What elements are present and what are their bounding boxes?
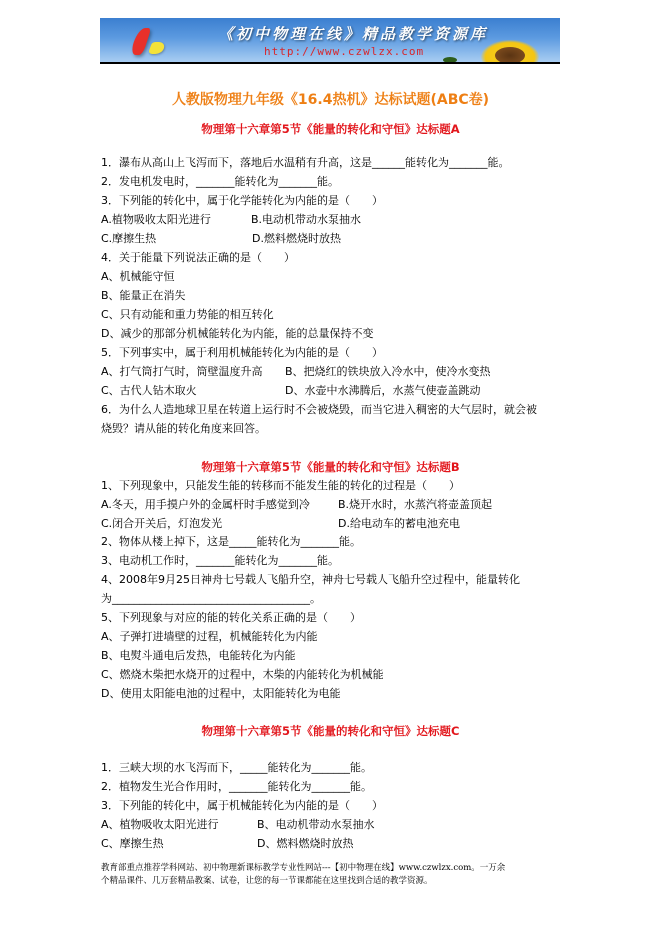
question-a6: 6．为什么人造地球卫星在转道上运行时不会被烧毁，而当它进入稠密的大气层时，就会被	[101, 403, 537, 417]
logo-yellow-shape-icon	[148, 42, 166, 54]
footer-line-2: 个精品课件、几万套精品教案、试卷，让您的每一节课都能在这里找到合适的教学资源。	[101, 875, 561, 888]
question-a4-option-b: B、能量正在消失	[101, 289, 186, 303]
question-a5-option-b: B、把烧红的铁块放入冷水中，使冷水变热	[285, 365, 491, 379]
document-title: 人教版物理九年级《16.4热机》达标试题(ABC卷)	[0, 89, 661, 109]
question-a6-continued: 烧毁？请从能的转化角度来回答。	[101, 422, 266, 436]
question-b1-option-d: D.给电动车的蓄电池充电	[338, 517, 460, 531]
question-a5-option-d: D、水壶中水沸腾后，水蒸气使壶盖跳动	[285, 384, 480, 398]
question-a1: 1．瀑布从高山上飞泻而下，落地后水温稍有升高，这是______能转化为_____…	[101, 156, 510, 170]
question-b4-continued: 为____________________________________。	[101, 592, 321, 606]
question-b1-option-a: A.冬天，用手摸户外的金属杆时手感觉到冷	[101, 498, 310, 512]
question-a3-option-a: A.植物吸收太阳光进行	[101, 213, 211, 227]
question-a4: 4．关于能量下列说法正确的是（ ）	[101, 251, 295, 265]
question-b2: 2、物体从楼上掉下，这是_____能转化为_______能。	[101, 535, 361, 549]
question-a5-option-a: A、打气筒打气时，筒壁温度升高	[101, 365, 263, 379]
question-b5-option-a: A、子弹打进墙壁的过程，机械能转化为内能	[101, 630, 318, 644]
banner-title: 《初中物理在线》精品教学资源库	[218, 23, 488, 44]
question-a3: 3．下列能的转化中，属于化学能转化为内能的是（ ）	[101, 194, 383, 208]
section-b-title: 物理第十六章第5节《能量的转化和守恒》达标题B	[0, 459, 661, 475]
question-c1: 1．三峡大坝的水飞泻而下，_____能转化为_______能。	[101, 761, 372, 775]
footer-note: 教育部重点推荐学科网站、初中物理新课标教学专业性网站---【初中物理在线】www…	[101, 862, 561, 888]
question-c2: 2．植物发生光合作用时，_______能转化为_______能。	[101, 780, 372, 794]
question-c3-option-d: D、燃料燃烧时放热	[257, 837, 353, 851]
question-b1-option-c: C.闭合开关后，灯泡发光	[101, 517, 222, 531]
question-c3-option-c: C、摩擦生热	[101, 837, 164, 851]
site-banner: 《初中物理在线》精品教学资源库 http://www.czwlzx.com	[100, 18, 560, 62]
section-c-title: 物理第十六章第5节《能量的转化和守恒》达标题C	[0, 723, 661, 739]
question-b5-option-d: D、使用太阳能电池的过程中，太阳能转化为电能	[101, 687, 340, 701]
question-a4-option-d: D、减少的那部分机械能转化为内能，能的总量保持不变	[101, 327, 373, 341]
question-b3: 3、电动机工作时，_______能转化为_______能。	[101, 554, 339, 568]
question-a2: 2．发电机发电时，_______能转化为_______能。	[101, 175, 339, 189]
question-b1: 1、下列现象中，只能发生能的转移而不能发生能的转化的过程是（ ）	[101, 479, 460, 493]
question-a5-option-c: C、古代人钻木取火	[101, 384, 197, 398]
question-a5: 5．下列事实中，属于利用机械能转化为内能的是（ ）	[101, 346, 383, 360]
question-c3: 3．下列能的转化中，属于机械能转化为内能的是（ ）	[101, 799, 383, 813]
question-a4-option-c: C、只有动能和重力势能的相互转化	[101, 308, 274, 322]
sunflower-center-icon	[495, 47, 525, 62]
question-a3-option-b: B.电动机带动水泵抽水	[251, 213, 361, 227]
question-b5: 5、下列现象与对应的能的转化关系正确的是（ ）	[101, 611, 361, 625]
question-b5-option-c: C、燃烧木柴把水烧开的过程中，木柴的内能转化为机械能	[101, 668, 384, 682]
question-b5-option-b: B、电熨斗通电后发热，电能转化为内能	[101, 649, 296, 663]
banner-divider	[100, 62, 560, 64]
question-c3-option-b: B、电动机带动水泵抽水	[257, 818, 375, 832]
question-a4-option-a: A、机械能守恒	[101, 270, 175, 284]
question-b1-option-b: B.烧开水时，水蒸汽将壶盖顶起	[338, 498, 492, 512]
question-b4: 4、2008年9月25日神舟七号载人飞船升空，神舟七号载人飞船升空过程中，能量转…	[101, 573, 520, 587]
banner-url[interactable]: http://www.czwlzx.com	[264, 45, 424, 58]
question-c3-option-a: A、植物吸收太阳光进行	[101, 818, 219, 832]
footer-line-1: 教育部重点推荐学科网站、初中物理新课标教学专业性网站---【初中物理在线】www…	[101, 862, 561, 875]
question-a3-option-c: C.摩擦生热	[101, 232, 156, 246]
section-a-title: 物理第十六章第5节《能量的转化和守恒》达标题A	[0, 121, 661, 137]
question-a3-option-d: D.燃料燃烧时放热	[252, 232, 341, 246]
